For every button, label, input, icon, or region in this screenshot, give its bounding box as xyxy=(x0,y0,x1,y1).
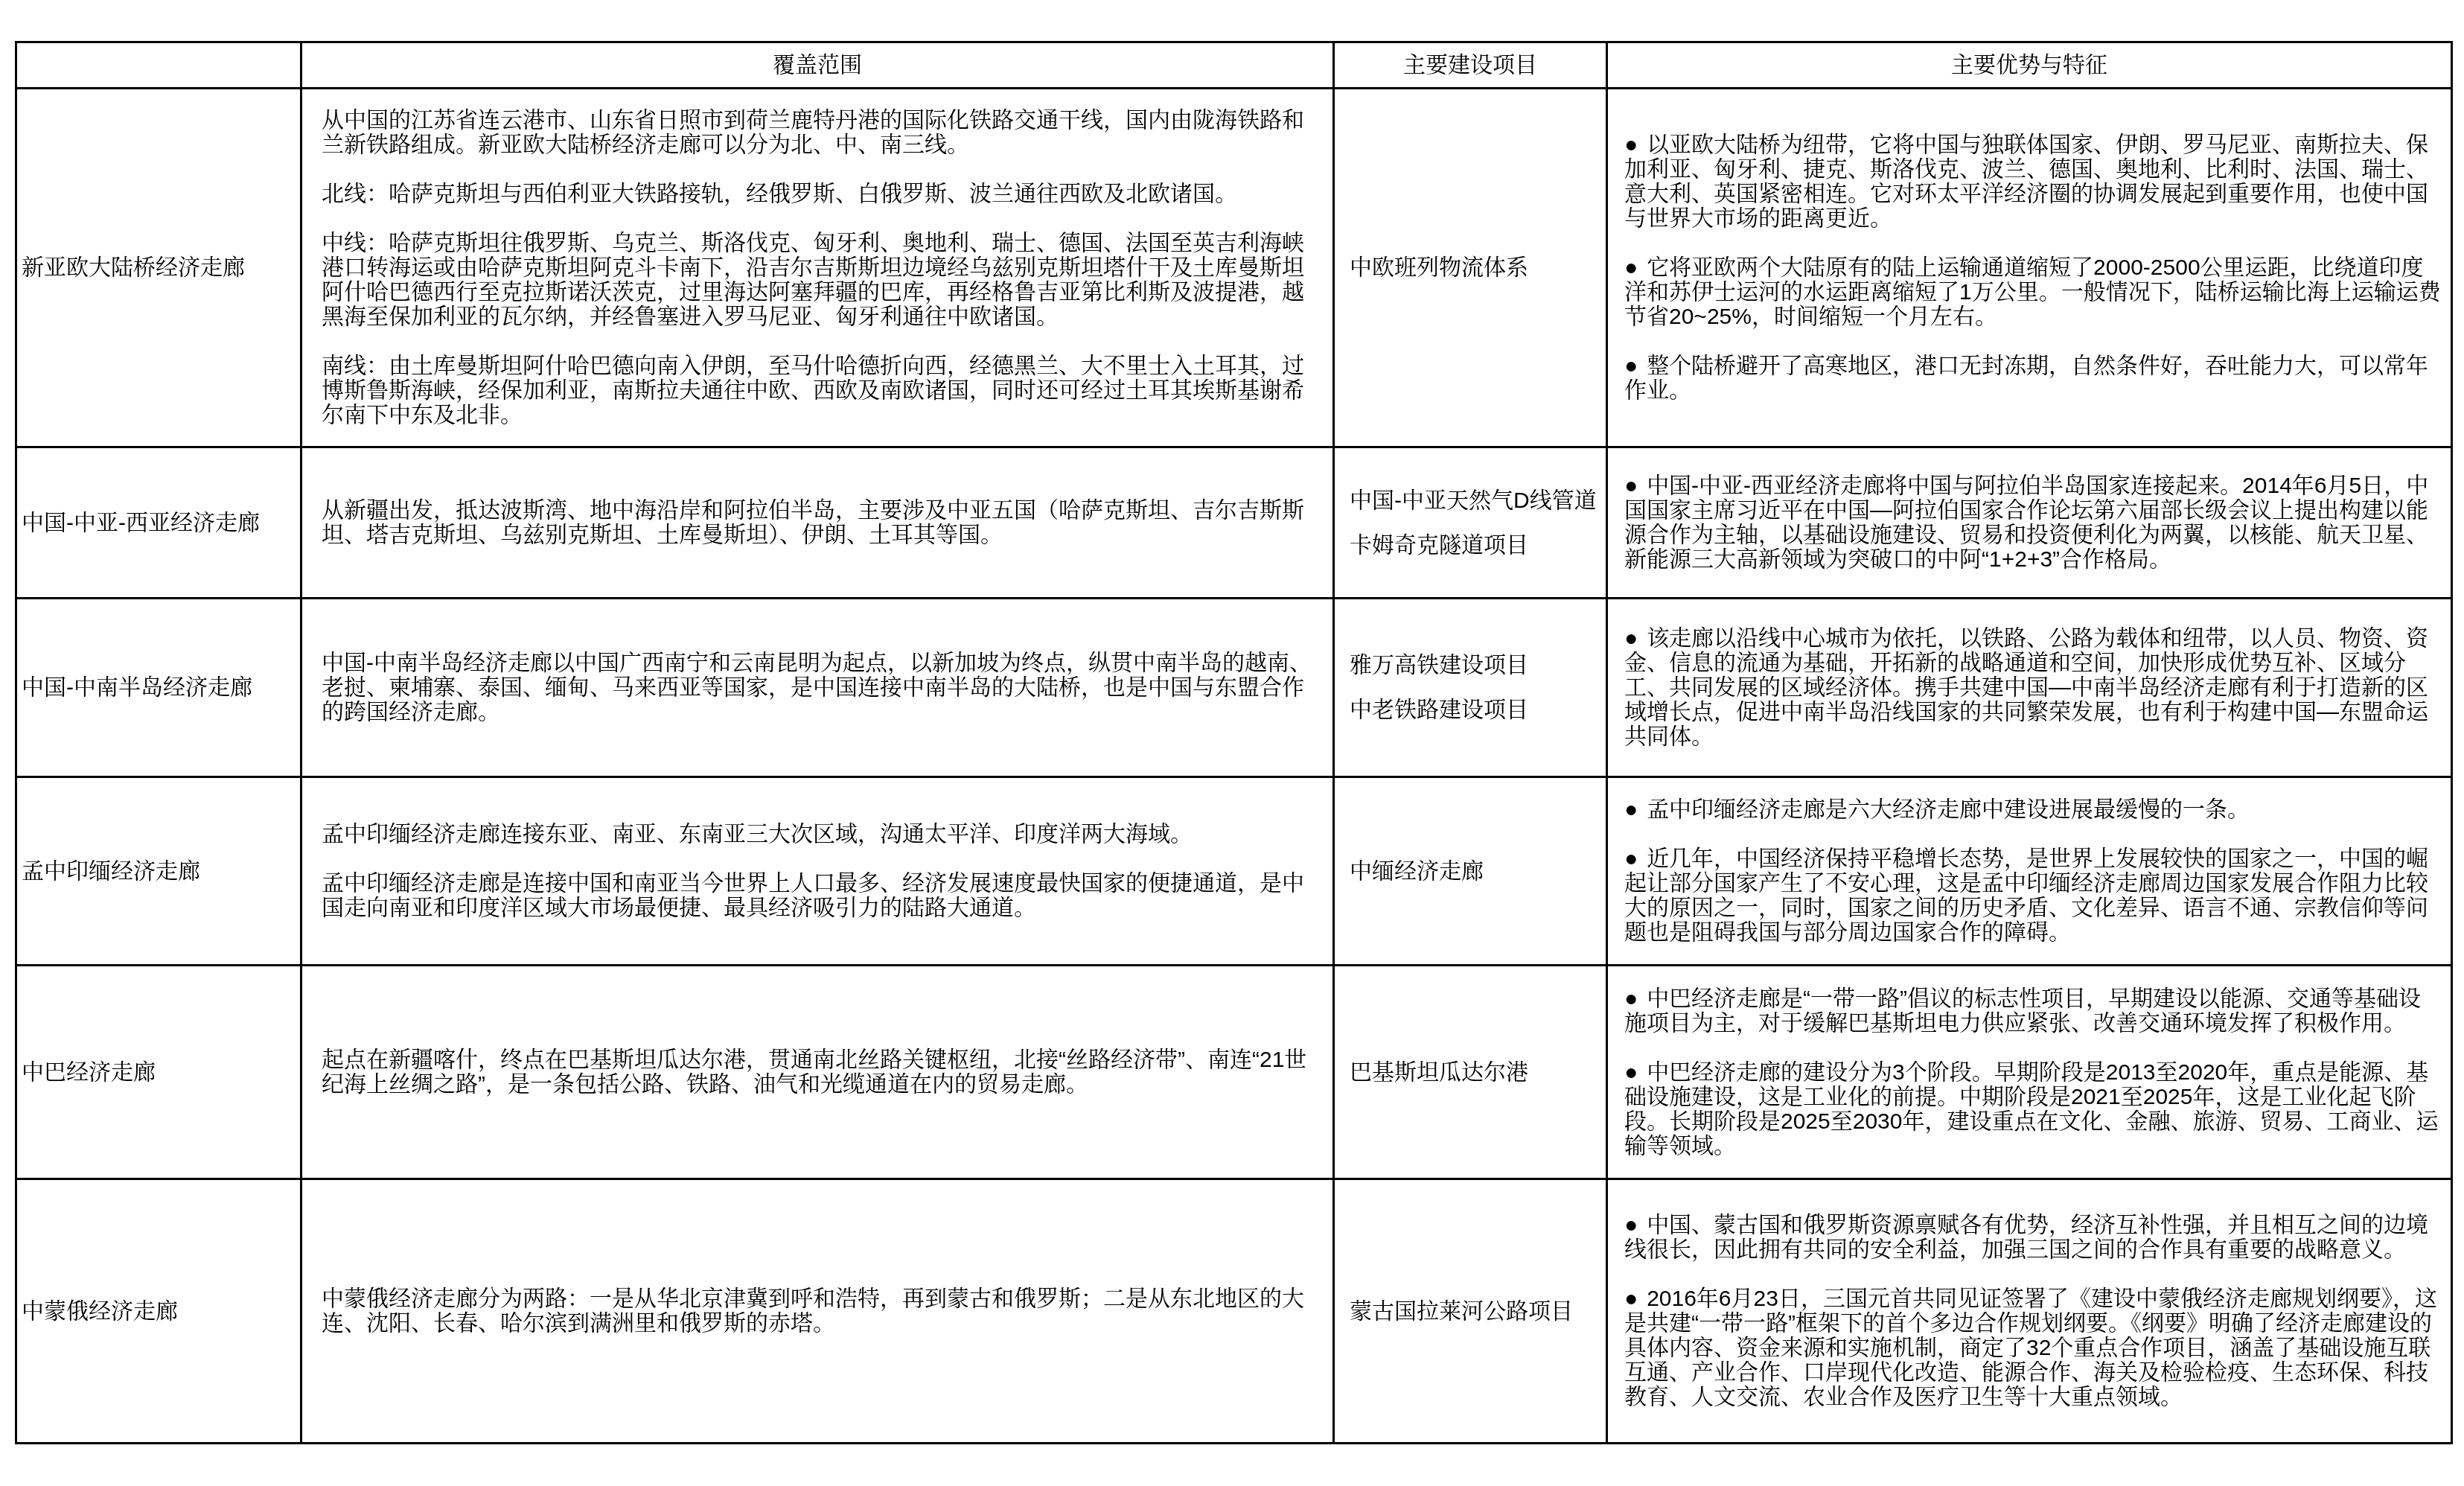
features-cell: ●该走廊以沿线中心城市为依托，以铁路、公路为载体和纽带，以人员、物资、资金、信息… xyxy=(1607,599,2452,777)
feature-bullet-item: ●中国-中亚-西亚经济走廊将中国与阿拉伯半岛国家连接起来。2014年6月5日，中… xyxy=(1624,473,2443,572)
project-item: 中老铁路建设项目 xyxy=(1350,698,1600,722)
corridor-name-cell: 中国-中亚-西亚经济走廊 xyxy=(16,447,301,599)
feature-text: 孟中印缅经济走廊是六大经济走廊中建设进展最缓慢的一条。 xyxy=(1647,797,2250,822)
feature-bullet-item: ●近几年，中国经济保持平稳增长态势，是世界上发展较快的国家之一，中国的崛起让部分… xyxy=(1624,846,2443,945)
feature-bullet-item: ●中国、蒙古国和俄罗斯资源禀赋各有优势，经济互补性强，并且相互之间的边境线很长，… xyxy=(1624,1213,2443,1262)
features-cell: ●以亚欧大陆桥为纽带，它将中国与独联体国家、伊朗、罗马尼亚、南斯拉夫、保加利亚、… xyxy=(1607,89,2452,447)
projects-cell: 中欧班列物流体系 xyxy=(1334,89,1607,447)
feature-text: 它将亚欧两个大陆原有的陆上运输通道缩短了2000-2500公里运距，比绕道印度洋… xyxy=(1624,255,2441,329)
bullet-icon: ● xyxy=(1624,1286,1638,1311)
table-header-row: 覆盖范围 主要建设项目 主要优势与特征 xyxy=(16,42,2452,89)
feature-bullet-item: ●该走廊以沿线中心城市为依托，以铁路、公路为载体和纽带，以人员、物资、资金、信息… xyxy=(1624,626,2443,749)
projects-cell: 中缅经济走廊 xyxy=(1334,777,1607,966)
coverage-paragraph: 中线：哈萨克斯坦往俄罗斯、乌克兰、斯洛伐克、匈牙利、奥地利、瑞士、德国、法国至英… xyxy=(322,231,1324,329)
coverage-paragraph: 中蒙俄经济走廊分为两路：一是从华北京津冀到呼和浩特，再到蒙古和俄罗斯；二是从东北… xyxy=(322,1286,1324,1336)
coverage-paragraph: 从中国的江苏省连云港市、山东省日照市到荷兰鹿特丹港的国际化铁路交通干线，国内由陇… xyxy=(322,108,1324,157)
coverage-paragraph: 孟中印缅经济走廊连接东亚、南亚、东南亚三大次区域，沟通太平洋、印度洋两大海域。 xyxy=(322,822,1324,846)
features-cell: ●中巴经济走廊是“一带一路”倡议的标志性项目，早期建设以能源、交通等基础设施项目… xyxy=(1607,966,2452,1179)
coverage-cell: 起点在新疆喀什，终点在巴基斯坦瓜达尔港，贯通南北丝路关键枢纽，北接“丝路经济带”… xyxy=(301,966,1334,1179)
corridor-name-cell: 中蒙俄经济走廊 xyxy=(16,1179,301,1444)
feature-text: 中国-中亚-西亚经济走廊将中国与阿拉伯半岛国家连接起来。2014年6月5日，中国… xyxy=(1624,473,2428,572)
features-cell: ●中国、蒙古国和俄罗斯资源禀赋各有优势，经济互补性强，并且相互之间的边境线很长，… xyxy=(1607,1179,2452,1444)
feature-bullet-item: ●中巴经济走廊是“一带一路”倡议的标志性项目，早期建设以能源、交通等基础设施项目… xyxy=(1624,986,2443,1036)
feature-text: 该走廊以沿线中心城市为依托，以铁路、公路为载体和纽带，以人员、物资、资金、信息的… xyxy=(1624,626,2428,749)
table-body: 新亚欧大陆桥经济走廊从中国的江苏省连云港市、山东省日照市到荷兰鹿特丹港的国际化铁… xyxy=(16,89,2452,1444)
corridors-table: 覆盖范围 主要建设项目 主要优势与特征 新亚欧大陆桥经济走廊从中国的江苏省连云港… xyxy=(15,41,2453,1444)
coverage-cell: 孟中印缅经济走廊连接东亚、南亚、东南亚三大次区域，沟通太平洋、印度洋两大海域。孟… xyxy=(301,777,1334,966)
bullet-icon: ● xyxy=(1624,255,1638,280)
feature-bullet-item: ●整个陆桥避开了高寒地区，港口无封冻期，自然条件好，吞吐能力大，可以常年作业。 xyxy=(1624,354,2443,403)
coverage-paragraph: 孟中印缅经济走廊是连接中国和南亚当今世界上人口最多、经济发展速度最快国家的便捷通… xyxy=(322,871,1324,920)
feature-text: 以亚欧大陆桥为纽带，它将中国与独联体国家、伊朗、罗马尼亚、南斯拉夫、保加利亚、匈… xyxy=(1624,133,2428,231)
bullet-icon: ● xyxy=(1624,846,1638,871)
feature-text: 中国、蒙古国和俄罗斯资源禀赋各有优势，经济互补性强，并且相互之间的边境线很长，因… xyxy=(1624,1213,2428,1262)
project-item: 雅万高铁建设项目 xyxy=(1350,653,1600,677)
projects-cell: 雅万高铁建设项目中老铁路建设项目 xyxy=(1334,599,1607,777)
feature-text: 中巴经济走廊是“一带一路”倡议的标志性项目，早期建设以能源、交通等基础设施项目为… xyxy=(1624,986,2421,1036)
coverage-cell: 中国-中南半岛经济走廊以中国广西南宁和云南昆明为起点，以新加坡为终点，纵贯中南半… xyxy=(301,599,1334,777)
header-features: 主要优势与特征 xyxy=(1607,42,2452,89)
bullet-icon: ● xyxy=(1624,797,1638,822)
bullet-icon: ● xyxy=(1624,354,1638,378)
project-item: 中缅经济走廊 xyxy=(1350,859,1600,884)
coverage-paragraph: 起点在新疆喀什，终点在巴基斯坦瓜达尔港，贯通南北丝路关键枢纽，北接“丝路经济带”… xyxy=(322,1047,1324,1097)
feature-text: 2016年6月23日，三国元首共同见证签署了《建设中蒙俄经济走廊规划纲要》，这是… xyxy=(1624,1286,2437,1409)
coverage-cell: 从新疆出发，抵达波斯湾、地中海沿岸和阿拉伯半岛，主要涉及中亚五国（哈萨克斯坦、吉… xyxy=(301,447,1334,599)
bullet-icon: ● xyxy=(1624,986,1638,1011)
feature-bullet-item: ●2016年6月23日，三国元首共同见证签署了《建设中蒙俄经济走廊规划纲要》，这… xyxy=(1624,1286,2443,1409)
bullet-icon: ● xyxy=(1624,473,1638,498)
project-item: 中国-中亚天然气D线管道 xyxy=(1350,488,1600,513)
projects-cell: 蒙古国拉莱河公路项目 xyxy=(1334,1179,1607,1444)
project-item: 卡姆奇克隧道项目 xyxy=(1350,533,1600,558)
header-corridor-name xyxy=(16,42,301,89)
header-projects: 主要建设项目 xyxy=(1334,42,1607,89)
table-row: 中蒙俄经济走廊中蒙俄经济走廊分为两路：一是从华北京津冀到呼和浩特，再到蒙古和俄罗… xyxy=(16,1179,2452,1444)
corridor-name-cell: 新亚欧大陆桥经济走廊 xyxy=(16,89,301,447)
bullet-icon: ● xyxy=(1624,1213,1638,1237)
feature-text: 整个陆桥避开了高寒地区，港口无封冻期，自然条件好，吞吐能力大，可以常年作业。 xyxy=(1624,354,2428,403)
table-row: 孟中印缅经济走廊孟中印缅经济走廊连接东亚、南亚、东南亚三大次区域，沟通太平洋、印… xyxy=(16,777,2452,966)
project-item: 蒙古国拉莱河公路项目 xyxy=(1350,1299,1600,1324)
coverage-paragraph: 中国-中南半岛经济走廊以中国广西南宁和云南昆明为起点，以新加坡为终点，纵贯中南半… xyxy=(322,651,1324,724)
features-cell: ●孟中印缅经济走廊是六大经济走廊中建设进展最缓慢的一条。●近几年，中国经济保持平… xyxy=(1607,777,2452,966)
table-row: 中巴经济走廊起点在新疆喀什，终点在巴基斯坦瓜达尔港，贯通南北丝路关键枢纽，北接“… xyxy=(16,966,2452,1179)
project-item: 巴基斯坦瓜达尔港 xyxy=(1350,1060,1600,1085)
feature-text: 近几年，中国经济保持平稳增长态势，是世界上发展较快的国家之一，中国的崛起让部分国… xyxy=(1624,846,2428,945)
corridor-name-cell: 中国-中南半岛经济走廊 xyxy=(16,599,301,777)
project-item: 中欧班列物流体系 xyxy=(1350,255,1600,280)
feature-bullet-item: ●孟中印缅经济走廊是六大经济走廊中建设进展最缓慢的一条。 xyxy=(1624,797,2443,822)
coverage-paragraph: 从新疆出发，抵达波斯湾、地中海沿岸和阿拉伯半岛，主要涉及中亚五国（哈萨克斯坦、吉… xyxy=(322,498,1324,547)
feature-bullet-item: ●以亚欧大陆桥为纽带，它将中国与独联体国家、伊朗、罗马尼亚、南斯拉夫、保加利亚、… xyxy=(1624,133,2443,231)
document-page: 覆盖范围 主要建设项目 主要优势与特征 新亚欧大陆桥经济走廊从中国的江苏省连云港… xyxy=(15,41,2453,1444)
table-row: 新亚欧大陆桥经济走廊从中国的江苏省连云港市、山东省日照市到荷兰鹿特丹港的国际化铁… xyxy=(16,89,2452,447)
bullet-icon: ● xyxy=(1624,1060,1638,1085)
corridor-name-cell: 中巴经济走廊 xyxy=(16,966,301,1179)
projects-cell: 中国-中亚天然气D线管道卡姆奇克隧道项目 xyxy=(1334,447,1607,599)
coverage-cell: 中蒙俄经济走廊分为两路：一是从华北京津冀到呼和浩特，再到蒙古和俄罗斯；二是从东北… xyxy=(301,1179,1334,1444)
feature-text: 中巴经济走廊的建设分为3个阶段。早期阶段是2013至2020年，重点是能源、基础… xyxy=(1624,1060,2438,1158)
table-row: 中国-中亚-西亚经济走廊从新疆出发，抵达波斯湾、地中海沿岸和阿拉伯半岛，主要涉及… xyxy=(16,447,2452,599)
coverage-cell: 从中国的江苏省连云港市、山东省日照市到荷兰鹿特丹港的国际化铁路交通干线，国内由陇… xyxy=(301,89,1334,447)
corridor-name-cell: 孟中印缅经济走廊 xyxy=(16,777,301,966)
features-cell: ●中国-中亚-西亚经济走廊将中国与阿拉伯半岛国家连接起来。2014年6月5日，中… xyxy=(1607,447,2452,599)
bullet-icon: ● xyxy=(1624,133,1638,157)
table-row: 中国-中南半岛经济走廊中国-中南半岛经济走廊以中国广西南宁和云南昆明为起点，以新… xyxy=(16,599,2452,777)
coverage-paragraph: 南线：由土库曼斯坦阿什哈巴德向南入伊朗，至马什哈德折向西，经德黑兰、大不里士入土… xyxy=(322,354,1324,427)
projects-cell: 巴基斯坦瓜达尔港 xyxy=(1334,966,1607,1179)
header-coverage: 覆盖范围 xyxy=(301,42,1334,89)
coverage-paragraph: 北线：哈萨克斯坦与西伯利亚大铁路接轨，经俄罗斯、白俄罗斯、波兰通往西欧及北欧诸国… xyxy=(322,182,1324,206)
feature-bullet-item: ●它将亚欧两个大陆原有的陆上运输通道缩短了2000-2500公里运距，比绕道印度… xyxy=(1624,255,2443,329)
feature-bullet-item: ●中巴经济走廊的建设分为3个阶段。早期阶段是2013至2020年，重点是能源、基… xyxy=(1624,1060,2443,1158)
bullet-icon: ● xyxy=(1624,626,1638,651)
